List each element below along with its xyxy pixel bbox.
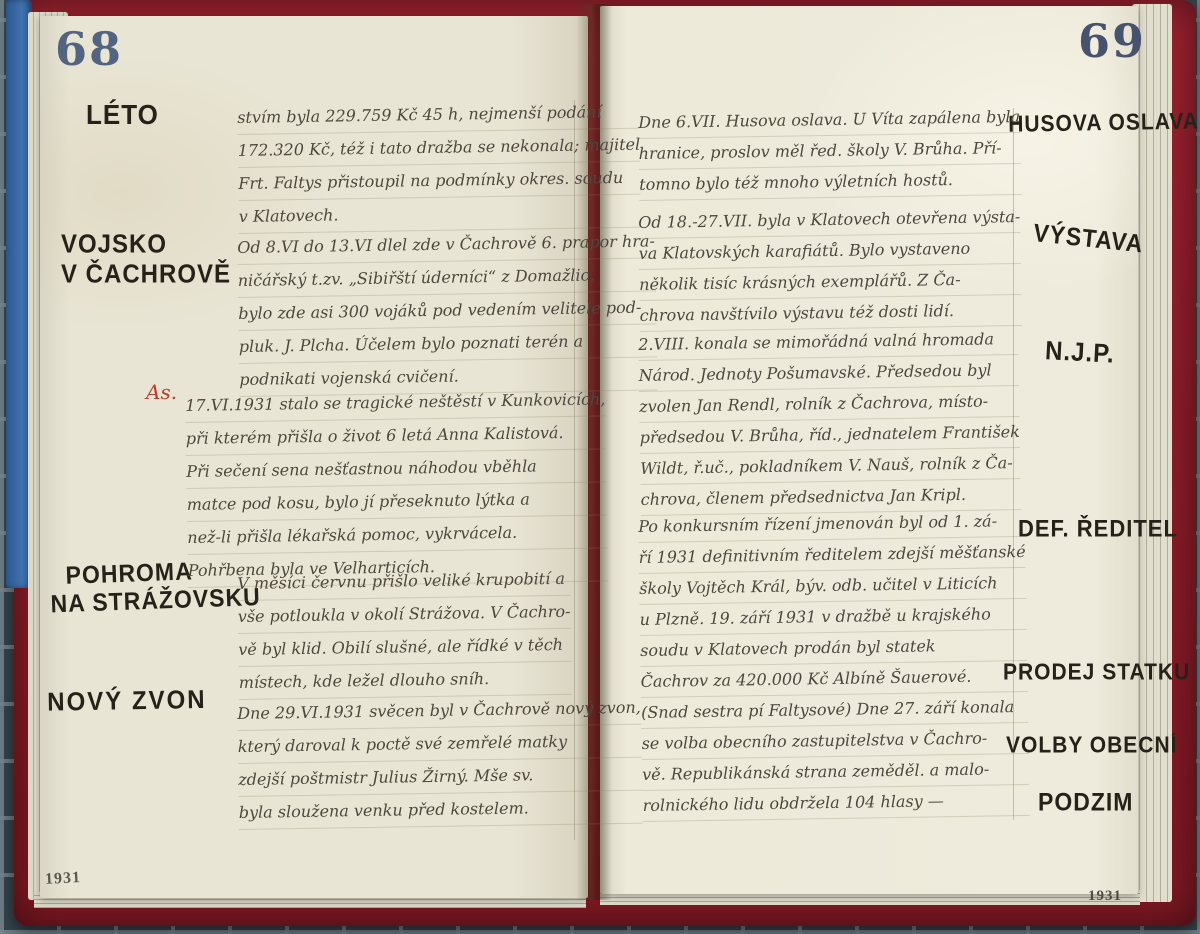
chronicle-photo: { "document_type": "handwritten chronicl… xyxy=(0,0,1200,934)
margin-heading-njp: N.J.P. xyxy=(1044,336,1115,370)
handwritten-line: tomno bylo též mnoho výletních hostů. xyxy=(639,164,1021,201)
paragraph-pohroma: V měsíci červnu přišlo veliké krupobití … xyxy=(237,563,572,700)
red-margin-mark: As. xyxy=(146,380,177,404)
paragraph-vojsko: Od 8.VI do 13.VI dlel zde v Čachrově 6. … xyxy=(237,225,657,397)
handwritten-line: rolnického lidu obdržela 104 hlasy — xyxy=(642,785,1029,822)
paragraph-nestesti: 17.VI.1931 stalo se tragické neštěstí v … xyxy=(185,383,608,588)
handwritten-line: vě byl klid. Obilí slušné, ale řídké v t… xyxy=(238,629,571,667)
paragraph-husova-oslava: Dne 6.VII. Husova oslava. U Víta zapálen… xyxy=(638,102,1021,201)
margin-heading-podzim: PODZIM xyxy=(1038,788,1133,817)
page-number-left: 68 xyxy=(55,22,123,76)
paragraph-njp: 2.VIII. konala se mimořádná valná hromad… xyxy=(638,324,1021,516)
margin-heading-vojsko-line2: V ČACHROVĚ xyxy=(61,260,231,290)
margin-heading-vojsko: VOJSKO V ČACHROVĚ xyxy=(61,230,231,288)
paragraph-vystava: Od 18.-27.VII. byla v Klatovech otevřena… xyxy=(638,202,1022,332)
margin-heading-novy-zvon: NOVÝ ZVON xyxy=(47,685,207,718)
handwritten-line: byla sloužena venku před kostelem. xyxy=(239,791,643,830)
margin-heading-def-reditel: DEF. ŘEDITEL xyxy=(1018,515,1178,543)
page-number-right: 69 xyxy=(1078,14,1146,68)
paragraph-reditel-statek-volby: Po konkursním řízení jmenován byl od 1. … xyxy=(638,506,1030,822)
page-stack-right-edge xyxy=(1132,4,1172,902)
year-stamp-left: 1931 xyxy=(45,869,82,889)
margin-heading-vojsko-line1: VOJSKO xyxy=(61,230,231,260)
margin-heading-volby-obecni: VOLBY OBECNÍ xyxy=(1006,733,1177,759)
margin-heading-prodej-statku: PRODEJ STATKU xyxy=(1003,660,1190,686)
paragraph-leto: stvím byla 229.759 Kč 45 h, nejmenší pod… xyxy=(237,96,641,234)
margin-heading-husova-oslava: HUSOVA OSLAVA xyxy=(1008,109,1199,139)
year-stamp-right: 1931 xyxy=(1088,888,1122,905)
margin-heading-leto: LÉTO xyxy=(86,98,159,131)
handwritten-line: V měsíci červnu přišlo veliké krupobití … xyxy=(237,563,570,601)
handwritten-line: vše potloukla v okolí Strážova. V Čachro… xyxy=(238,596,571,634)
paragraph-novy-zvon: Dne 29.VI.1931 svěcen byl v Čachrově nov… xyxy=(237,692,643,830)
